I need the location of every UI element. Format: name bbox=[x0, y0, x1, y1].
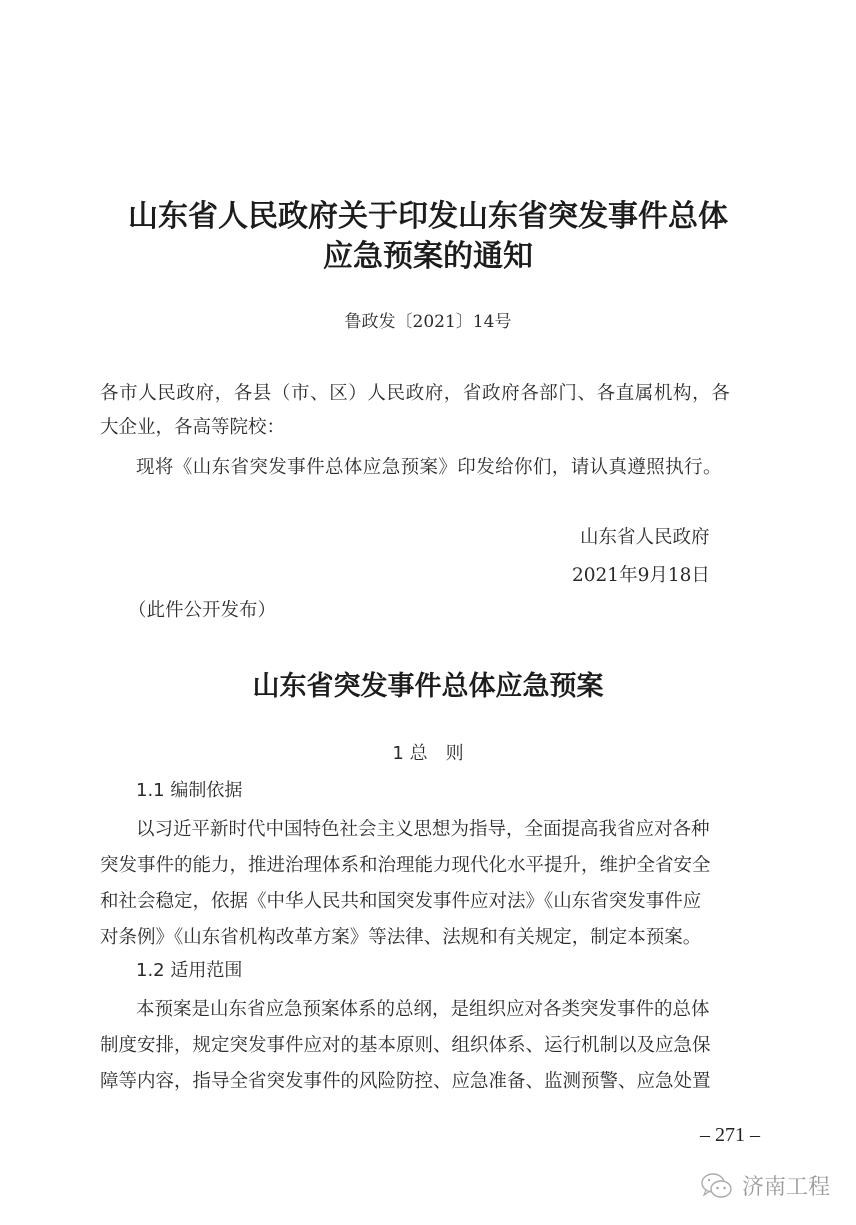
document-number: 鲁政发〔2021〕14号 bbox=[0, 308, 856, 336]
notice-title-line2: 应急预案的通知 bbox=[0, 237, 856, 277]
notice-title-line1: 山东省人民政府关于印发山东省突发事件总体 bbox=[0, 197, 856, 237]
page-number: – 271 – bbox=[700, 1124, 760, 1147]
watermark: 济南工程 bbox=[700, 1170, 830, 1201]
publication-note: （此件公开发布） bbox=[128, 595, 276, 626]
issue-date: 2021年9月18日 bbox=[572, 560, 710, 591]
paragraph-line: 突发事件的能力，推进治理体系和治理能力现代化水平提升，维护全省安全 bbox=[100, 848, 711, 884]
paragraph-line: 以习近平新时代中国特色社会主义思想为指导，全面提高我省应对各种 bbox=[100, 812, 711, 848]
wechat-icon bbox=[700, 1171, 734, 1201]
paragraph-line: 和社会稳定，依据《中华人民共和国突发事件应对法》《山东省突发事件应 bbox=[100, 884, 711, 920]
addressees-line1: 各市人民政府，各县（市、区）人民政府，省政府各部门、各直属机构，各 bbox=[100, 378, 730, 409]
paragraph-line: 障等内容，指导全省突发事件的风险防控、应急准备、监测预警、应急处置 bbox=[100, 1064, 711, 1100]
document-page: 山东省人民政府关于印发山东省突发事件总体 应急预案的通知 鲁政发〔2021〕14… bbox=[0, 0, 856, 1225]
plan-title: 山东省突发事件总体应急预案 bbox=[0, 668, 856, 706]
signatory: 山东省人民政府 bbox=[580, 522, 710, 553]
notice-body: 现将《山东省突发事件总体应急预案》印发给你们，请认真遵照执行。 bbox=[136, 452, 722, 483]
section-1-1-paragraph: 以习近平新时代中国特色社会主义思想为指导，全面提高我省应对各种 突发事件的能力，… bbox=[100, 812, 711, 956]
paragraph-line: 对条例》《山东省机构改革方案》等法律、法规和有关规定，制定本预案。 bbox=[100, 920, 711, 956]
section-heading-1-1: 1.1 编制依据 bbox=[136, 777, 242, 805]
chapter-heading: 1 总则 bbox=[0, 740, 856, 768]
paragraph-line: 本预案是山东省应急预案体系的总纲，是组织应对各类突发事件的总体 bbox=[100, 992, 711, 1028]
section-1-2-paragraph: 本预案是山东省应急预案体系的总纲，是组织应对各类突发事件的总体 制度安排，规定突… bbox=[100, 992, 711, 1100]
section-heading-1-2: 1.2 适用范围 bbox=[136, 957, 242, 985]
paragraph-line: 制度安排，规定突发事件应对的基本原则、组织体系、运行机制以及应急保 bbox=[100, 1028, 711, 1064]
addressees-line2: 大企业，各高等院校： bbox=[100, 412, 285, 443]
chapter-title-part1: 总 bbox=[410, 743, 428, 764]
chapter-title-part2: 则 bbox=[446, 743, 464, 764]
watermark-text: 济南工程 bbox=[742, 1170, 830, 1201]
chapter-number: 1 bbox=[392, 743, 403, 764]
